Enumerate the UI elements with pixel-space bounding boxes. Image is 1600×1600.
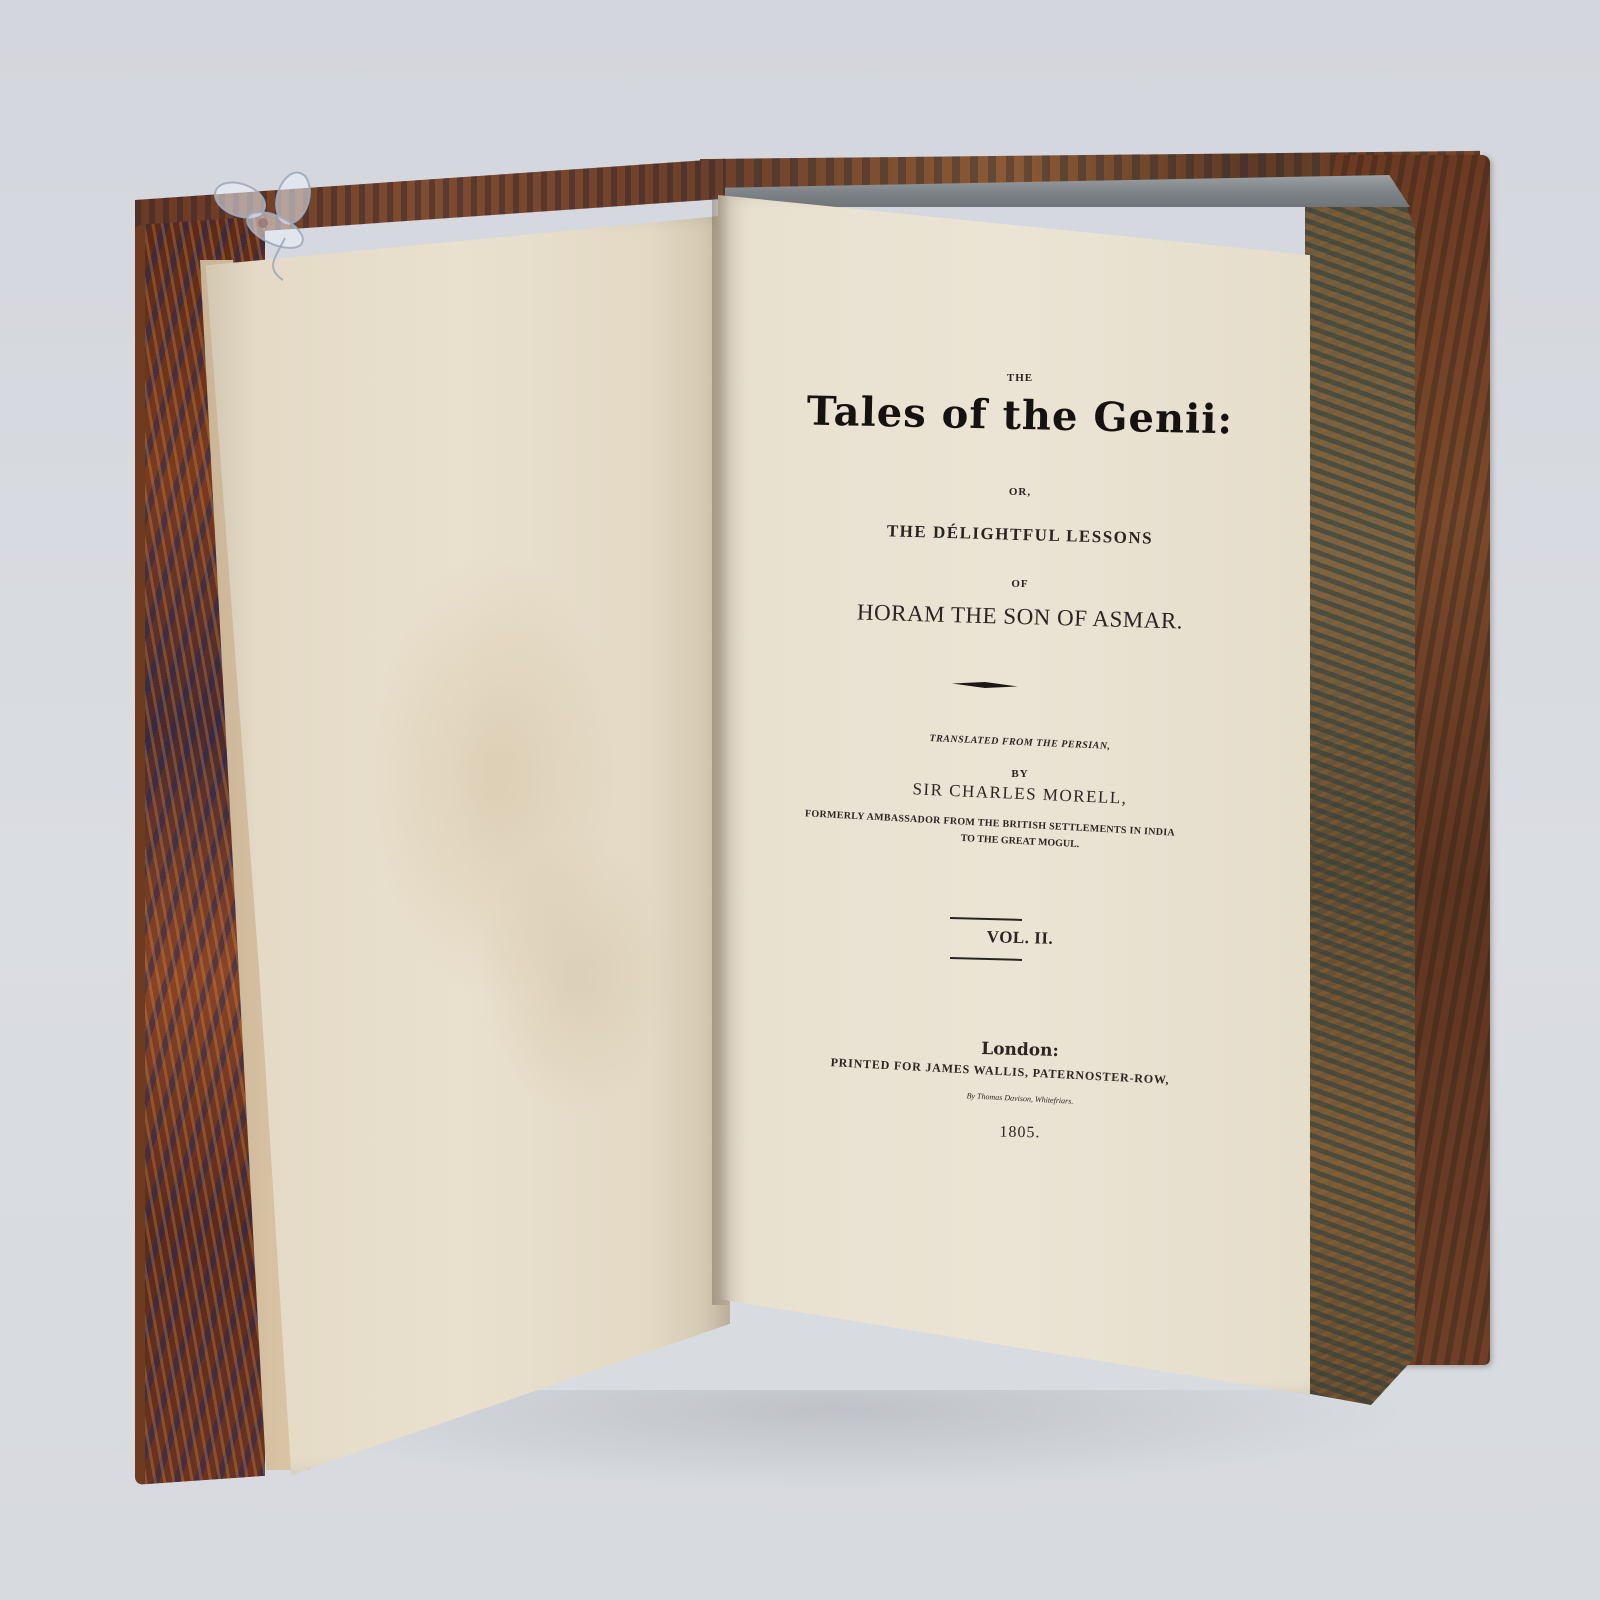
book-gutter (712, 195, 730, 1305)
title-or: OR, (760, 486, 1280, 498)
title-the: THE (760, 372, 1280, 384)
marbled-fore-edge (1305, 205, 1415, 1405)
title-of: OF (760, 578, 1280, 590)
butterfly-clip-icon (205, 168, 335, 286)
